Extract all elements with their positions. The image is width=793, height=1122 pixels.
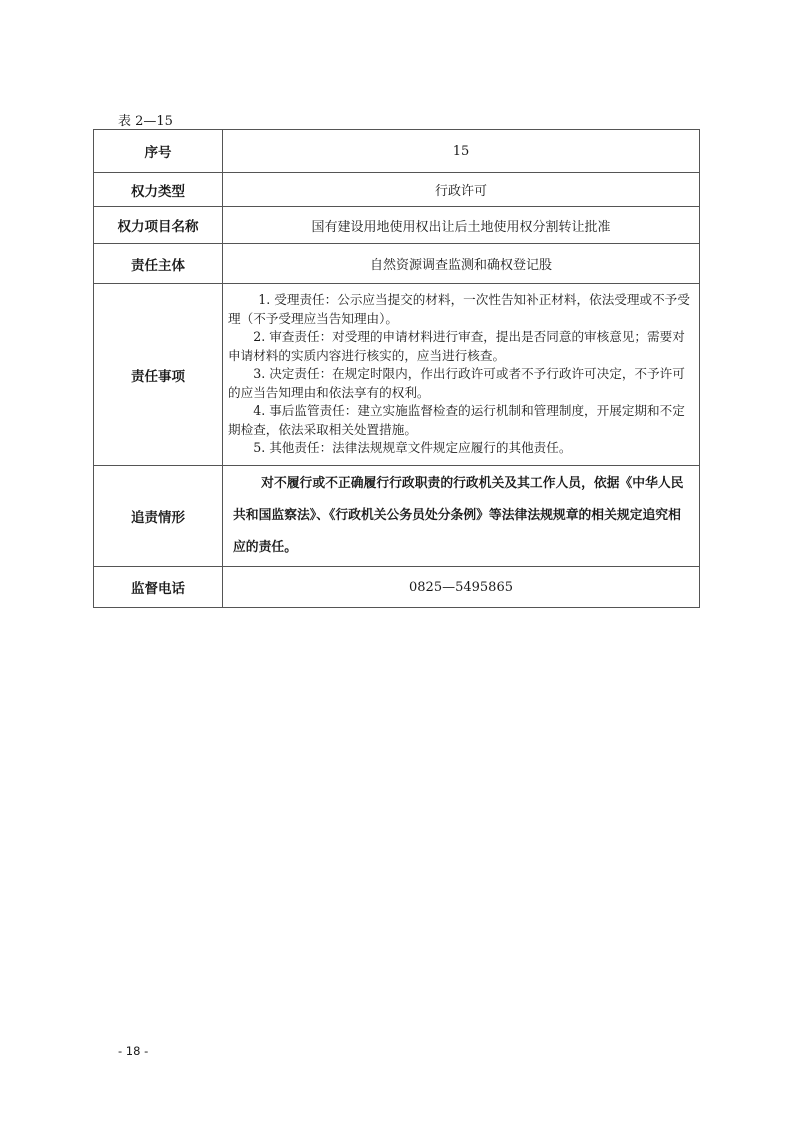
table-row-accountability: 追责情形 对不履行或不正确履行行政职责的行政机关及其工作人员，依据《中华人民共和… [94, 466, 700, 567]
row-label: 权力类型 [94, 173, 223, 207]
duty-item: 1. 受理责任：公示应当提交的材料，一次性告知补正材料，依法受理或不予受理（不予… [228, 291, 691, 328]
accountability-text-cell: 对不履行或不正确履行行政职责的行政机关及其工作人员，依据《中华人民共和国监察法》… [223, 466, 700, 567]
duty-item: 2. 审查责任：对受理的申请材料进行审查，提出是否同意的审核意见；需要对申请材料… [228, 328, 691, 365]
accountability-text: 对不履行或不正确履行行政职责的行政机关及其工作人员，依据《中华人民共和国监察法》… [233, 468, 691, 564]
row-value: 行政许可 [223, 173, 700, 207]
row-label: 追责情形 [94, 466, 223, 567]
row-label: 序号 [94, 130, 223, 173]
table-row-phone: 监督电话 0825—5495865 [94, 567, 700, 608]
supervision-phone: 0825—5495865 [223, 567, 700, 608]
table-row-serial: 序号 15 [94, 130, 700, 173]
row-value: 15 [223, 130, 700, 173]
row-label: 责任主体 [94, 244, 223, 284]
responsibility-table: 序号 15 权力类型 行政许可 权力项目名称 国有建设用地使用权出让后土地使用权… [93, 129, 700, 608]
duty-item: 4. 事后监管责任：建立实施监督检查的运行机制和管理制度，开展定期和不定期检查，… [228, 402, 691, 439]
table-row-responsible-body: 责任主体 自然资源调查监测和确权登记股 [94, 244, 700, 284]
row-label: 监督电话 [94, 567, 223, 608]
duties-list: 1. 受理责任：公示应当提交的材料，一次性告知补正材料，依法受理或不予受理（不予… [223, 284, 700, 466]
duty-item: 3. 决定责任：在规定时限内，作出行政许可或者不予行政许可决定，不予许可的应当告… [228, 365, 691, 402]
page-number: - 18 - [118, 1044, 148, 1058]
duty-item: 5. 其他责任：法律法规规章文件规定应履行的其他责任。 [228, 439, 691, 458]
table-row-power-type: 权力类型 行政许可 [94, 173, 700, 207]
row-value: 自然资源调查监测和确权登记股 [223, 244, 700, 284]
table-row-duties: 责任事项 1. 受理责任：公示应当提交的材料，一次性告知补正材料，依法受理或不予… [94, 284, 700, 466]
row-label: 责任事项 [94, 284, 223, 466]
table-row-power-item-name: 权力项目名称 国有建设用地使用权出让后土地使用权分割转让批准 [94, 207, 700, 244]
row-label: 权力项目名称 [94, 207, 223, 244]
row-value: 国有建设用地使用权出让后土地使用权分割转让批准 [223, 207, 700, 244]
table-caption: 表 2—15 [118, 110, 173, 129]
